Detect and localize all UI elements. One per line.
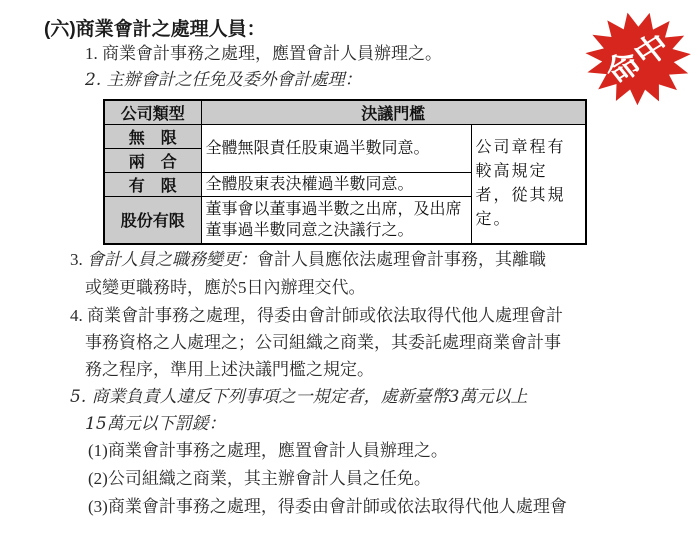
cell-rule-limited: 全體股東表決權過半數同意。 [201,173,471,197]
item-4-continued: 務之程序，準用上述決議門檻之規定。 [85,360,374,379]
cell-rule-unlimited: 全體無限責任股東過半數同意。 [201,125,471,173]
text-line: 務之程序，準用上述決議門檻之規定。 [85,359,374,381]
section-heading: (六)商業會計之處理人員： [44,14,266,41]
item-3-text: 會計人員應依法處理會計事務，其離職 [257,250,546,269]
text-line: 15萬元以下罰鍰： [85,413,226,435]
item-4-continued: 事務資格之人處理之；公司組織之商業，其委託處理商業會計事 [85,333,561,352]
item-5-text: 5. 商業負責人違反下列事項之一規定者，處新臺幣3萬元以上 [70,387,527,407]
text-line: 4. 商業會計事務之處理，得委由會計師或依法取得代他人處理會計 [70,305,563,327]
cell-rule-company-limited: 董事會以董事過半數之出席，及出席董事過半數同意之決議行之。 [201,197,471,244]
text-line: (1)商業會計事務之處理，應置會計人員辦理之。 [88,440,448,462]
starburst-icon: 命中 [583,10,693,107]
item-4-text: 4. 商業會計事務之處理，得委由會計師或依法取得代他人處理會計 [70,306,563,325]
item-1-text: 1. 商業會計事務之處理，應置會計人員辦理之。 [85,44,442,63]
cell-type-company-limited: 股份有限 [104,197,201,244]
item-3-number: 3. [70,250,87,269]
item-2-text: 2. 主辦會計之任免及委外會計處理： [85,70,362,90]
table-row: 無 限 全體無限責任股東過半數同意。 公司章程有較高規定者，從其規定。 [104,125,586,149]
subitem-1-text: (1)商業會計事務之處理，應置會計人員辦理之。 [88,441,448,460]
text-line: (3)商業會計事務之處理，得委由會計師或依法取得代他人處理會 [88,496,567,518]
company-resolution-table: 公司類型 決議門檻 無 限 全體無限責任股東過半數同意。 公司章程有較高規定者，… [103,99,587,245]
text-line: 3. 會計人員之職務變更：會計人員應依法處理會計事務，其離職 [70,249,546,271]
item-3-lead: 會計人員之職務變更： [87,250,257,270]
text-line: 5. 商業負責人違反下列事項之一規定者，處新臺幣3萬元以上 [70,386,527,408]
subitem-2-text: (2)公司組織之商業，其主辦會計人員之任免。 [88,469,431,488]
hit-badge: 命中 [583,10,693,107]
text-line: 或變更職務時，應於5日內辦理交代。 [85,277,366,299]
item-3-continued: 或變更職務時，應於5日內辦理交代。 [85,278,366,297]
cell-type-limited: 有 限 [104,173,201,197]
text-line: (2)公司組織之商業，其主辦會計人員之任免。 [88,468,431,490]
header-company-type: 公司類型 [104,100,201,125]
text-line: 2. 主辦會計之任免及委外會計處理： [85,69,362,91]
cell-articles-note: 公司章程有較高規定者，從其規定。 [471,125,586,244]
header-resolution-threshold: 決議門檻 [201,100,586,125]
table-header-row: 公司類型 決議門檻 [104,100,586,125]
cell-type-joint: 兩 合 [104,149,201,173]
text-line: 1. 商業會計事務之處理，應置會計人員辦理之。 [85,43,442,65]
cell-type-unlimited: 無 限 [104,125,201,149]
item-5-continued: 15萬元以下罰鍰： [85,414,226,434]
page-root: { "colors":{ "badge_red":"#d7261d", "cel… [0,0,700,533]
text-line: 事務資格之人處理之；公司組織之商業，其委託處理商業會計事 [85,332,561,354]
subitem-3-text: (3)商業會計事務之處理，得委由會計師或依法取得代他人處理會 [88,497,567,516]
